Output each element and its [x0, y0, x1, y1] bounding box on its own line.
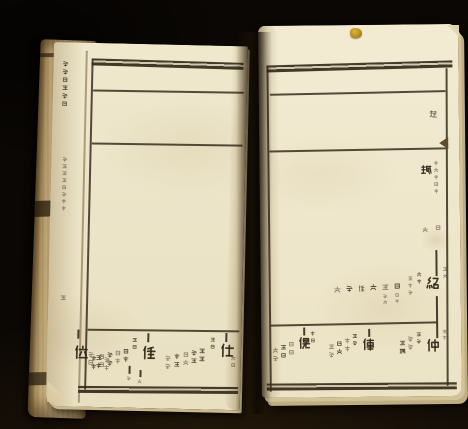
jian-side-notes — [433, 160, 438, 194]
photo-of-open-genealogy-book — [0, 0, 468, 429]
shi-note-col — [191, 349, 197, 364]
generation-rail-3 — [270, 321, 437, 326]
sibling-note — [383, 294, 388, 305]
margin-char-qi — [429, 110, 437, 118]
bottom-border-rule — [78, 386, 238, 394]
margin-lower-note — [422, 226, 428, 233]
descent-tick-jun — [303, 328, 305, 336]
wei2-note-col — [104, 356, 110, 371]
wei3-note-col — [336, 340, 342, 355]
generation-rail-1 — [270, 90, 446, 95]
zhong-note-col — [399, 339, 405, 354]
descent-tick-ren — [147, 333, 149, 342]
leaf-number-text — [60, 294, 66, 301]
ren-note-col — [123, 348, 129, 363]
gutter-note-col — [231, 355, 236, 368]
spine-title-text — [62, 60, 69, 107]
bottom-border-rule — [267, 382, 457, 390]
right-page — [258, 24, 462, 398]
shi-header-note — [210, 337, 215, 350]
ancestor-name-jun — [297, 336, 310, 349]
margin-lower-note — [435, 224, 441, 231]
generation-rail-1 — [93, 89, 244, 93]
left-page — [46, 42, 248, 410]
wei3-note-col — [344, 337, 350, 352]
ancestor-name-wei3 — [361, 338, 374, 351]
top-corner-dogear — [447, 25, 459, 37]
jun-note-col — [272, 347, 278, 362]
wax-stain — [350, 28, 362, 38]
sub-branch-mark — [137, 379, 142, 384]
generation-rail-2 — [269, 147, 446, 152]
spine-subtitle-text — [61, 156, 67, 211]
wei2-note-col — [88, 351, 94, 366]
ancestor-name-shao — [426, 276, 440, 290]
ancestor-name-zhong — [425, 338, 439, 352]
ren-header-note — [132, 337, 137, 350]
shao-bio-note — [408, 275, 413, 295]
wei3-note-col — [328, 343, 334, 358]
top-border-rule — [266, 60, 452, 72]
shao-header-note — [417, 271, 422, 284]
wei3-header-note — [352, 333, 357, 346]
ancestor-name-ren — [141, 345, 156, 360]
descent-tick-wei3 — [368, 329, 370, 337]
left-border-rule — [266, 66, 271, 392]
sibling-name — [394, 283, 401, 290]
sibling-name — [358, 285, 365, 292]
generation-rail-2 — [92, 143, 243, 147]
ancestor-name-wei2 — [73, 345, 88, 360]
sub-branch-tick — [139, 370, 141, 377]
ren-note-col — [115, 349, 121, 364]
jun-header-note — [310, 330, 315, 343]
bottom-corner-fold — [47, 378, 72, 403]
descent-tick-wei — [77, 330, 79, 339]
generation-rail-3 — [87, 329, 239, 332]
shi-note-col — [165, 355, 171, 370]
shao-right-note — [443, 266, 448, 279]
sibling-note — [395, 293, 400, 304]
top-border-rule — [91, 58, 243, 70]
sibling-name — [334, 286, 341, 293]
zhong-note-col — [407, 335, 413, 350]
shi-note-col — [174, 353, 180, 368]
page-edge-fold-notch — [439, 137, 448, 149]
jun-note-col — [280, 344, 286, 359]
lineage-line-lower — [436, 296, 438, 338]
zhong-right-note — [442, 329, 447, 340]
jun-note-col — [288, 341, 294, 356]
sibling-name — [382, 284, 389, 291]
zhong-header-note — [416, 331, 421, 344]
sibling-name — [346, 285, 353, 292]
shi-note-col — [199, 347, 205, 362]
sub-branch-tick — [128, 366, 130, 374]
shi-note-col — [183, 351, 189, 366]
wei2-note-col — [96, 354, 102, 369]
ancestor-name-jian — [420, 164, 431, 175]
sibling-name — [370, 284, 377, 291]
sub-branch-mark — [126, 376, 131, 381]
descent-tick-shi — [225, 333, 227, 342]
lineage-line-upper — [435, 250, 437, 276]
